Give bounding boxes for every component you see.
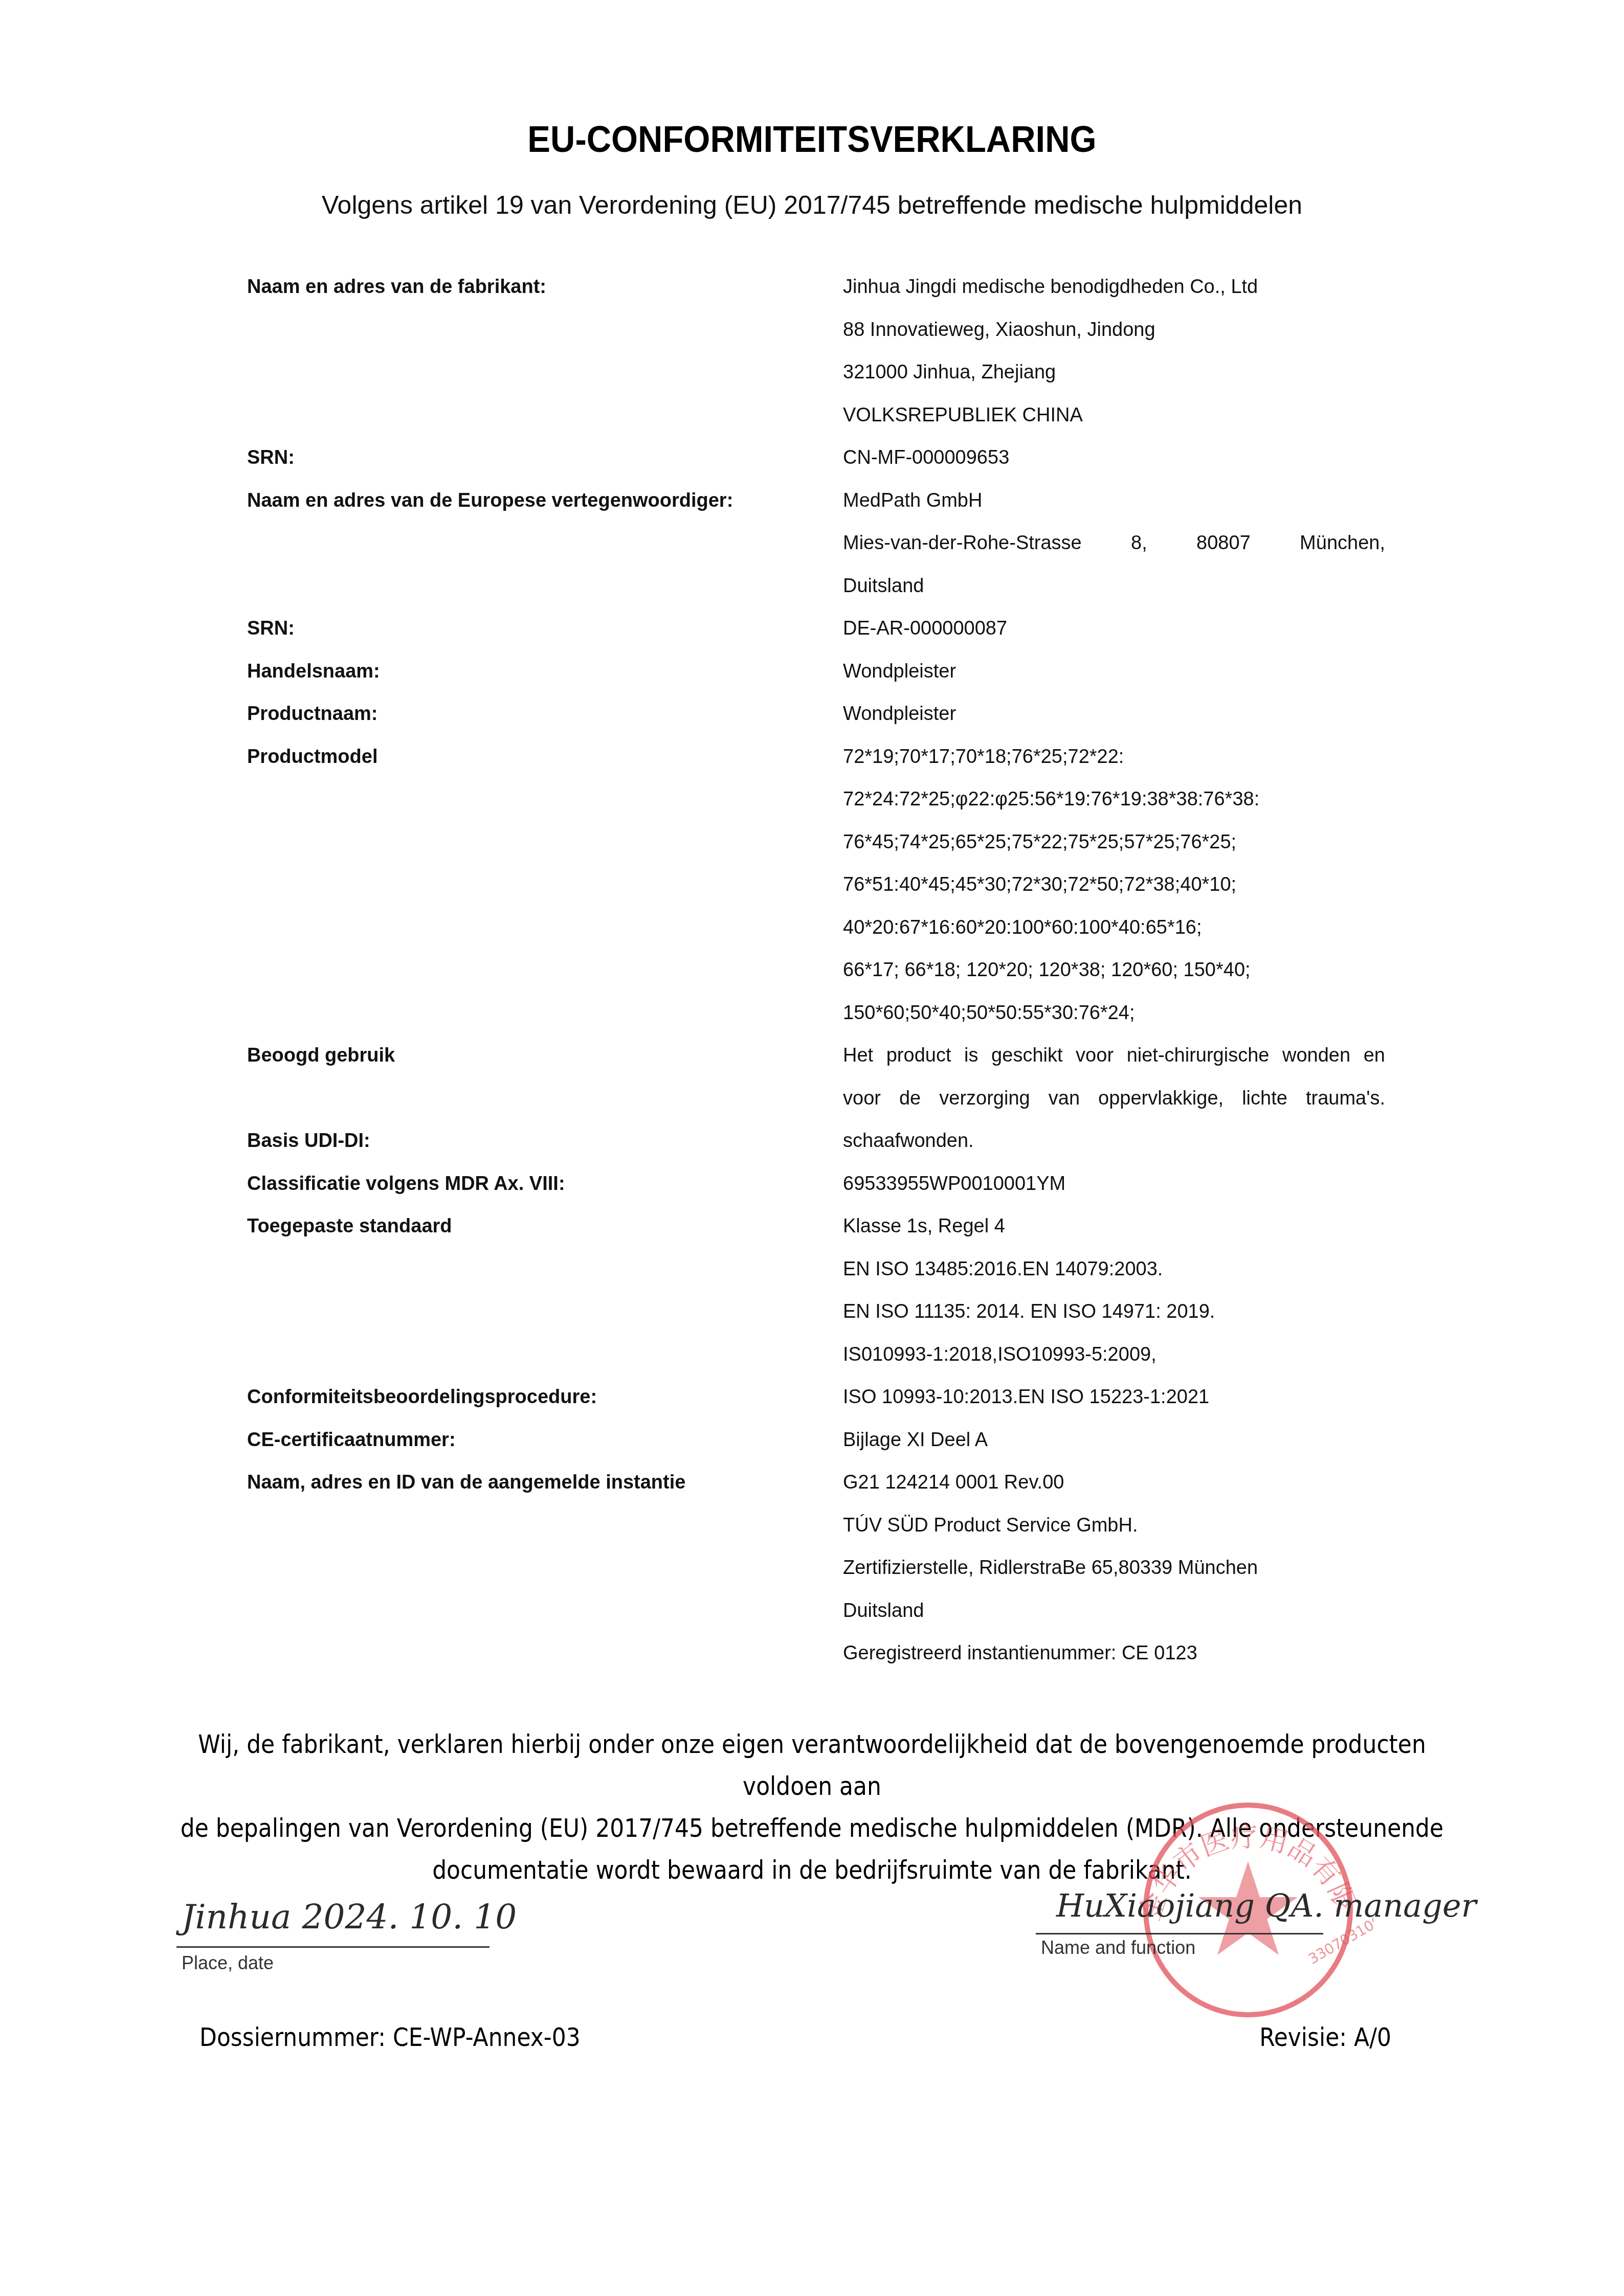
field-value: Jinhua Jingdi medische benodigdheden Co.… <box>843 276 1258 298</box>
table-row: Beoogd gebruikHet product is geschikt vo… <box>247 1045 1403 1088</box>
field-value: 150*60;50*40;50*50:55*30:76*24; <box>843 1002 1135 1024</box>
field-value: Duitsland <box>843 575 924 597</box>
field-value: G21 124214 0001 Rev.00 <box>843 1472 1064 1494</box>
field-value: voor de verzorging van oppervlakkige, li… <box>843 1088 1385 1110</box>
table-row: SRN:DE-AR-000000087 <box>247 618 1403 661</box>
table-row: CE-certificaatnummer:Bijlage XI Deel A <box>247 1429 1403 1472</box>
table-row: Naam en adres van de fabrikant:Jinhua Ji… <box>247 276 1403 319</box>
table-row: TÚV SÜD Product Service GmbH. <box>247 1515 1403 1558</box>
table-row: Zertifizierstelle, RidlerstraBe 65,80339… <box>247 1557 1403 1600</box>
table-row: Duitsland <box>247 1600 1403 1643</box>
document-subtitle: Volgens artikel 19 van Verordening (EU) … <box>0 190 1624 220</box>
field-value: 76*51:40*45;45*30;72*30;72*50;72*38;40*1… <box>843 874 1236 896</box>
field-value: Zertifizierstelle, RidlerstraBe 65,80339… <box>843 1557 1258 1579</box>
field-label: CE-certificaatnummer: <box>247 1429 456 1451</box>
field-value: 76*45;74*25;65*25;75*22;75*25;57*25;76*2… <box>843 831 1236 853</box>
name-function-handwriting: HuXiaojiang QA. manager <box>1056 1887 1476 1924</box>
table-row: Geregistreerd instantienummer: CE 0123 <box>247 1642 1403 1685</box>
field-value: Het product is geschikt voor niet-chirur… <box>843 1045 1385 1067</box>
field-value: IS010993-1:2018,ISO10993-5:2009, <box>843 1344 1156 1366</box>
name-function-signature-block: HuXiaojiang QA. manager Name and functio… <box>1036 1882 1425 1964</box>
table-row: 76*45;74*25;65*25;75*22;75*25;57*25;76*2… <box>247 831 1403 874</box>
field-label: Toegepaste standaard <box>247 1215 452 1237</box>
revision-number: Revisie: A/0 <box>1259 2022 1391 2052</box>
name-function-caption: Name and function <box>1041 1937 1195 1959</box>
table-row: Toegepaste standaardKlasse 1s, Regel 4 <box>247 1215 1403 1258</box>
dossier-number: Dossiernummer: CE-WP-Annex-03 <box>199 2022 581 2052</box>
place-date-caption: Place, date <box>182 1952 274 1974</box>
field-label: Productnaam: <box>247 703 377 725</box>
field-value: Mies-van-der-Rohe-Strasse 8, 80807 Münch… <box>843 532 1385 554</box>
field-value: DE-AR-000000087 <box>843 618 1007 640</box>
field-value: 321000 Jinhua, Zhejiang <box>843 362 1056 384</box>
table-row: voor de verzorging van oppervlakkige, li… <box>247 1088 1403 1131</box>
field-label: Productmodel <box>247 746 377 768</box>
table-row: 150*60;50*40;50*50:55*30:76*24; <box>247 1002 1403 1045</box>
signature-line <box>1036 1933 1323 1934</box>
table-row: Duitsland <box>247 575 1403 618</box>
table-row: 40*20:67*16:60*20:100*60:100*40:65*16; <box>247 917 1403 960</box>
field-label: Basis UDI-DI: <box>247 1130 370 1152</box>
field-value: Bijlage XI Deel A <box>843 1429 988 1451</box>
table-row: SRN:CN-MF-000009653 <box>247 447 1403 490</box>
table-row: Productmodel72*19;70*17;70*18;76*25;72*2… <box>247 746 1403 789</box>
field-value: TÚV SÜD Product Service GmbH. <box>843 1515 1138 1537</box>
table-row: 66*17; 66*18; 120*20; 120*38; 120*60; 15… <box>247 959 1403 1002</box>
table-row: 76*51:40*45;45*30;72*30;72*50;72*38;40*1… <box>247 874 1403 917</box>
table-row: Naam en adres van de Europese vertegenwo… <box>247 490 1403 533</box>
field-label: SRN: <box>247 447 295 469</box>
signature-line <box>176 1946 490 1948</box>
table-row: Productnaam:Wondpleister <box>247 703 1403 746</box>
field-value: CN-MF-000009653 <box>843 447 1009 469</box>
field-value: Klasse 1s, Regel 4 <box>843 1215 1005 1237</box>
field-value: Wondpleister <box>843 703 956 725</box>
field-value: 40*20:67*16:60*20:100*60:100*40:65*16; <box>843 917 1202 939</box>
table-row: 72*24:72*25;φ22:φ25:56*19:76*19:38*38:76… <box>247 789 1403 831</box>
field-value: Duitsland <box>843 1600 924 1622</box>
table-row: Classificatie volgens MDR Ax. VIII:69533… <box>247 1173 1403 1216</box>
document-title: EU-CONFORMITEITSVERKLARING <box>57 119 1567 161</box>
table-row: EN ISO 13485:2016.EN 14079:2003. <box>247 1258 1403 1301</box>
field-value: MedPath GmbH <box>843 490 982 512</box>
field-value: EN ISO 11135: 2014. EN ISO 14971: 2019. <box>843 1301 1215 1323</box>
field-label: Beoogd gebruik <box>247 1045 395 1067</box>
field-value: 72*19;70*17;70*18;76*25;72*22: <box>843 746 1124 768</box>
field-label: Handelsnaam: <box>247 661 380 683</box>
declaration-page: EU-CONFORMITEITSVERKLARING Volgens artik… <box>0 0 1624 2296</box>
field-value: 69533955WP0010001YM <box>843 1173 1065 1195</box>
field-value: 66*17; 66*18; 120*20; 120*38; 120*60; 15… <box>843 959 1251 981</box>
table-row: VOLKSREPUBLIEK CHINA <box>247 404 1403 447</box>
field-label: Naam en adres van de Europese vertegenwo… <box>247 490 733 512</box>
declaration-details-table: Naam en adres van de fabrikant:Jinhua Ji… <box>247 276 1403 1685</box>
table-row: Conformiteitsbeoordelingsprocedure:ISO 1… <box>247 1386 1403 1429</box>
field-value: schaafwonden. <box>843 1130 974 1152</box>
table-row: IS010993-1:2018,ISO10993-5:2009, <box>247 1344 1403 1387</box>
field-value: 88 Innovatieweg, Xiaoshun, Jindong <box>843 319 1155 341</box>
place-date-handwriting: Jinhua 2024. 10. 10 <box>182 1897 517 1937</box>
field-label: Naam, adres en ID van de aangemelde inst… <box>247 1472 685 1494</box>
place-date-signature-block: Jinhua 2024. 10. 10 Place, date <box>176 1887 494 1974</box>
table-row: EN ISO 11135: 2014. EN ISO 14971: 2019. <box>247 1301 1403 1344</box>
field-value: Wondpleister <box>843 661 956 683</box>
table-row: Naam, adres en ID van de aangemelde inst… <box>247 1472 1403 1515</box>
field-label: Naam en adres van de fabrikant: <box>247 276 546 298</box>
field-label: Conformiteitsbeoordelingsprocedure: <box>247 1386 597 1408</box>
field-label: Classificatie volgens MDR Ax. VIII: <box>247 1173 565 1195</box>
table-row: Mies-van-der-Rohe-Strasse 8, 80807 Münch… <box>247 532 1403 575</box>
field-label: SRN: <box>247 618 295 640</box>
table-row: 321000 Jinhua, Zhejiang <box>247 362 1403 404</box>
table-row: 88 Innovatieweg, Xiaoshun, Jindong <box>247 319 1403 362</box>
field-value: EN ISO 13485:2016.EN 14079:2003. <box>843 1258 1163 1280</box>
field-value: ISO 10993-10:2013.EN ISO 15223-1:2021 <box>843 1386 1209 1408</box>
field-value: VOLKSREPUBLIEK CHINA <box>843 404 1083 426</box>
table-row: Basis UDI-DI:schaafwonden. <box>247 1130 1403 1173</box>
field-value: 72*24:72*25;φ22:φ25:56*19:76*19:38*38:76… <box>843 789 1259 811</box>
field-value: Geregistreerd instantienummer: CE 0123 <box>843 1642 1197 1664</box>
table-row: Handelsnaam:Wondpleister <box>247 661 1403 704</box>
